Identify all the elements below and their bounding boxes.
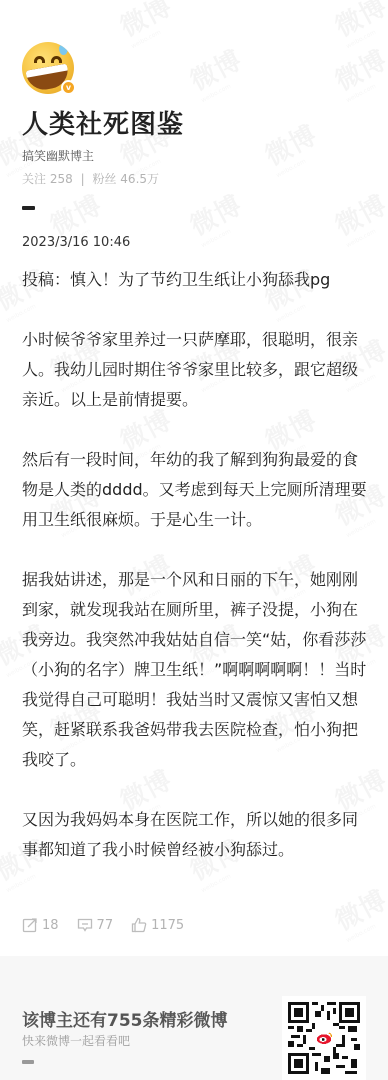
repost-icon <box>22 917 38 933</box>
post-paragraph: 然后有一段时间，年幼的我了解到狗狗最爱的食物是人类的dddd。又考虑到每天上完厕… <box>22 445 368 535</box>
watermark: 微博weibo.com <box>258 115 326 179</box>
watermark: 微博weibo.com <box>328 0 388 50</box>
divider-dash <box>22 206 35 210</box>
post-paragraph: 投稿：慎入！为了节约卫生纸让小狗舔我pg <box>22 265 368 295</box>
like-button[interactable]: 1175 <box>131 917 184 933</box>
footer-title: 该博主还有755条精彩微博 <box>22 1006 228 1031</box>
footer-subtitle: 快来微博一起看看吧 <box>22 1032 130 1049</box>
qr-code-icon <box>288 1002 360 1074</box>
footer-banner[interactable]: 该博主还有755条精彩微博 快来微博一起看看吧 <box>0 956 388 1080</box>
repost-count: 18 <box>42 918 59 933</box>
comment-count: 77 <box>97 918 114 933</box>
verified-badge-icon: v <box>61 80 76 95</box>
watermark: 微博weibo.com <box>113 0 181 50</box>
watermark: 微博weibo.com <box>183 185 251 249</box>
like-count: 1175 <box>151 918 184 933</box>
sweat-drop-icon <box>59 44 68 55</box>
profile-name[interactable]: 人类社死图鉴 <box>22 104 184 141</box>
stats-divider: | <box>81 172 85 186</box>
repost-button[interactable]: 18 <box>22 917 59 933</box>
comment-button[interactable]: 77 <box>77 917 114 933</box>
watermark: 微博weibo.com <box>328 185 388 249</box>
thumbs-up-icon <box>131 917 147 933</box>
post-paragraph: 据我姑讲述，那是一个风和日丽的下午，她刚刚到家，就发现我站在厕所里，裤子没提，小… <box>22 565 368 775</box>
avatar-eye <box>34 56 45 63</box>
footer-dash <box>22 1060 34 1064</box>
watermark: 微博weibo.com <box>183 40 251 104</box>
follow-label: 关注 <box>22 172 46 186</box>
watermark: 微博weibo.com <box>328 40 388 104</box>
comment-icon <box>77 917 93 933</box>
post-paragraph: 又因为我妈妈本身在医院工作，所以她的很多同事都知道了我小时候曾经被小狗舔过。 <box>22 805 368 865</box>
avatar-teeth <box>25 64 68 78</box>
qr-code[interactable] <box>282 996 366 1080</box>
profile-stats: 关注 258 | 粉丝 46.5万 <box>22 170 159 187</box>
post-actions: 18 77 1175 <box>22 917 184 933</box>
fans-label: 粉丝 <box>92 172 116 186</box>
post-paragraph: 小时候爷爷家里养过一只萨摩耶，很聪明，很亲人。我幼儿园时期住爷爷家里比较多，跟它… <box>22 325 368 415</box>
post-body: 投稿：慎入！为了节约卫生纸让小狗舔我pg 小时候爷爷家里养过一只萨摩耶，很聪明，… <box>22 265 368 895</box>
fans-count: 46.5万 <box>120 172 159 186</box>
follow-count: 258 <box>50 172 73 186</box>
post-date: 2023/3/16 10:46 <box>22 235 130 250</box>
profile-description: 搞笑幽默博主 <box>22 147 94 164</box>
avatar-eye <box>51 56 62 63</box>
avatar[interactable]: v <box>22 42 78 98</box>
